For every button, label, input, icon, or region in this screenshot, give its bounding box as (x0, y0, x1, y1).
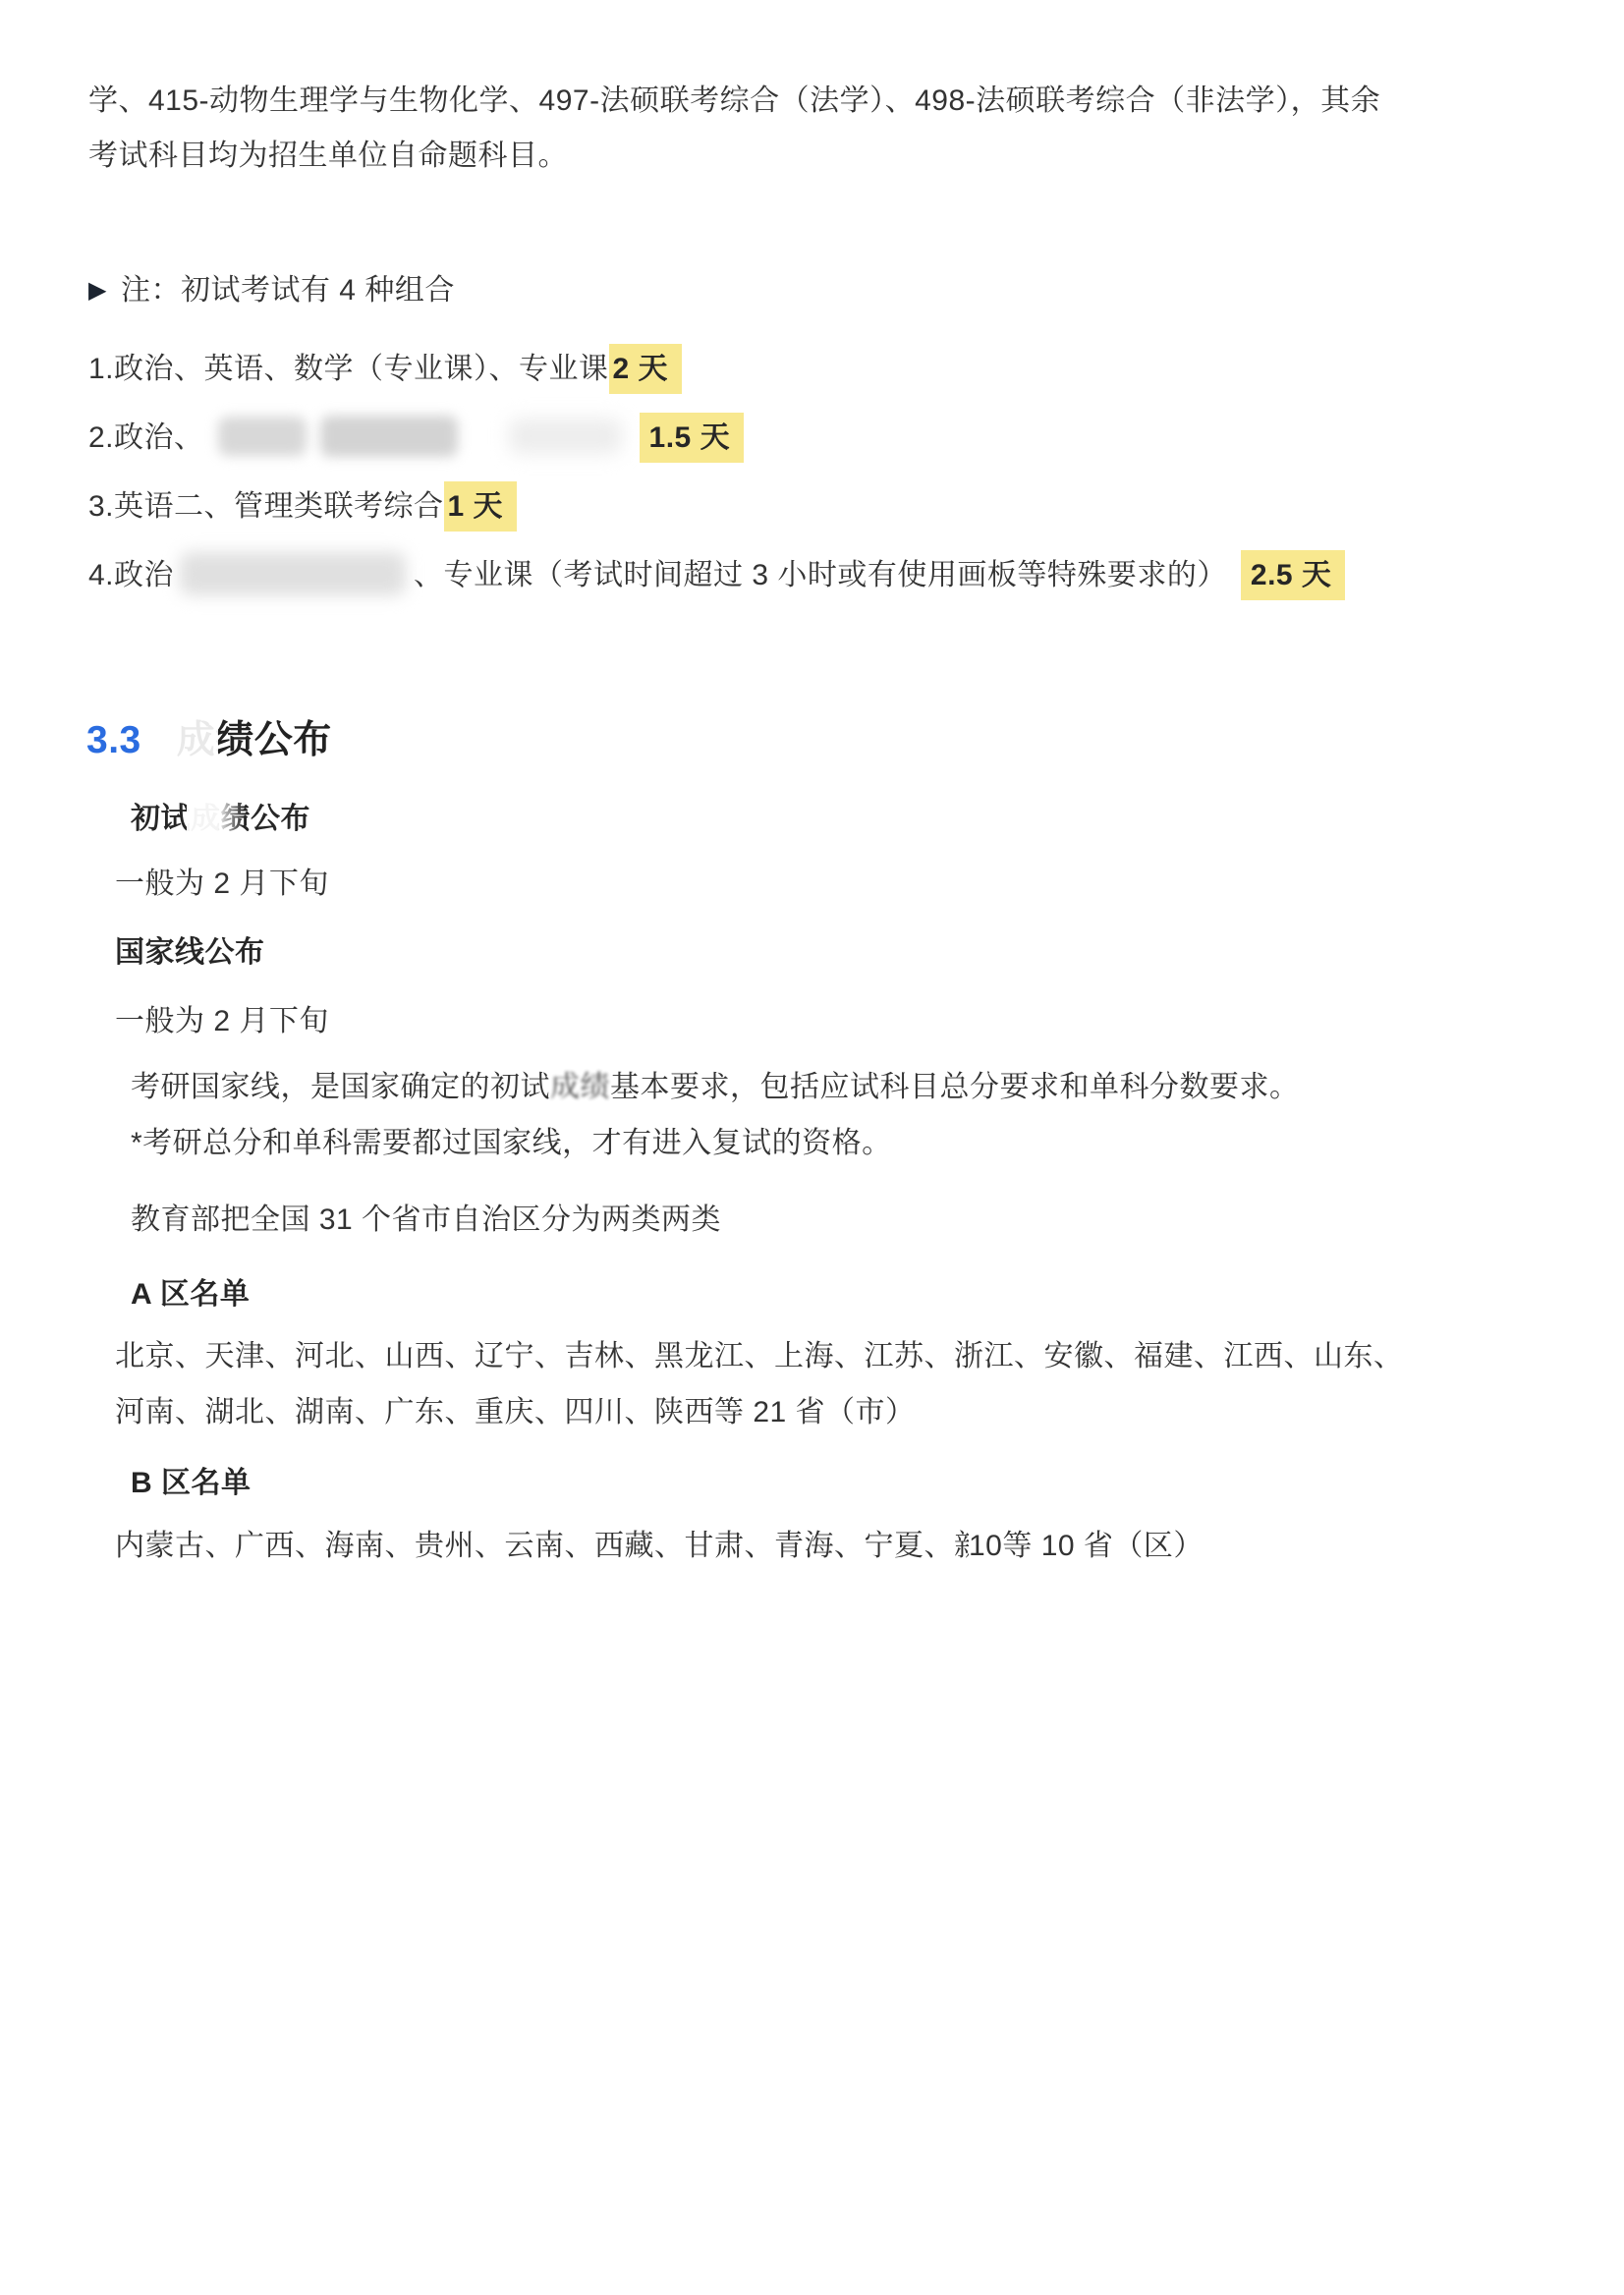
combo-1-text: 1.政治、英语、数学（专业课）、专业课 (88, 353, 609, 385)
intro-line-1: 学、415-动物生理学与生物化学、497-法硕联考综合（法学）、498-法硕联考… (88, 74, 1545, 129)
redacted-text-blur (180, 552, 406, 595)
redacted-text-blur (320, 416, 458, 457)
zones-intro: 教育部把全国 31 个省市自治区分为两类两类 (131, 1193, 721, 1248)
zone-b-title: B 区名单 (131, 1456, 252, 1511)
subsection-initial-score: 初试成绩公布 (131, 792, 310, 847)
section-heading: 3.3成绩公布 (86, 717, 332, 764)
subsection-national-line-title: 国家线公布 (115, 925, 265, 980)
redacted-text-blur (509, 419, 622, 454)
smudged-text: 成绩 (550, 1059, 610, 1115)
intro-paragraph: 学、415-动物生理学与生物化学、497-法硕联考综合（法学）、498-法硕联考… (88, 74, 1545, 184)
note-line: ▶注：初试考试有 4 种组合 (88, 263, 455, 320)
combo-4-text-mid: 、专业课（考试时间超过 3 小时或有使用画板等特殊要求的） (414, 559, 1227, 591)
combo-2-duration-highlight: 1.5 天 (640, 413, 745, 463)
subsection-title: 初试成绩公布 (131, 792, 310, 847)
triangle-bullet-icon: ▶ (88, 263, 107, 318)
zone-a-list: 北京、天津、河北、山西、辽宁、吉林、黑龙江、上海、江苏、浙江、安徽、福建、江西、… (115, 1328, 1545, 1440)
zone-a-line-1: 北京、天津、河北、山西、辽宁、吉林、黑龙江、上海、江苏、浙江、安徽、福建、江西、… (115, 1328, 1545, 1384)
erased-character-patch (187, 786, 244, 841)
combo-4-text: 4.政治 (88, 559, 174, 591)
intro-line-2: 考试科目均为招生单位自命题科目。 (88, 129, 1545, 184)
section-title: 成绩公布 (177, 717, 332, 764)
combo-4-duration-highlight: 2.5 天 (1241, 550, 1346, 600)
redacted-text-blur (218, 417, 307, 456)
zone-a-line-2: 河南、湖北、湖南、广东、重庆、四川、陕西等 21 省（市） (115, 1384, 1545, 1440)
combo-3-text: 3.英语二、管理类联考综合 (88, 490, 444, 523)
zone-b-list: 内蒙古、广西、海南、贵州、云南、西藏、甘肃、青海、宁夏、新10等 10 省（区） (115, 1519, 1545, 1574)
paragraph-line-2: *考研总分和单科需要都过国家线，才有进入复试的资格。 (131, 1115, 1300, 1171)
combo-2-text: 2.政治、 (88, 421, 204, 454)
national-line-paragraph: 考研国家线，是国家确定的初试成绩基本要求，包括应试科目总分要求和单科分数要求。 … (131, 1059, 1300, 1171)
combo-item-2: 2.政治、1.5 天 (88, 411, 744, 466)
paragraph-line-1: 考研国家线，是国家确定的初试成绩基本要求，包括应试科目总分要求和单科分数要求。 (131, 1059, 1300, 1115)
subsection-body: 一般为 2 月下旬 (115, 994, 329, 1049)
combo-3-duration-highlight: 1 天 (444, 481, 518, 532)
combo-item-3: 3.英语二、管理类联考综合1 天 (88, 479, 517, 534)
document-page: 学、415-动物生理学与生物化学、497-法硕联考综合（法学）、498-法硕联考… (0, 0, 1624, 2295)
section-number: 3.3 (86, 719, 141, 761)
combo-1-duration-highlight: 2 天 (609, 344, 683, 394)
combo-item-4: 4.政治、专业课（考试时间超过 3 小时或有使用画板等特殊要求的）2.5 天 (88, 548, 1345, 603)
note-text: 注：初试考试有 4 种组合 (121, 274, 455, 307)
subsection-body: 一般为 2 月下旬 (115, 857, 329, 912)
combo-item-1: 1.政治、英语、数学（专业课）、专业课2 天 (88, 342, 682, 397)
zone-a-title: A 区名单 (131, 1267, 250, 1322)
erased-character-patch (173, 711, 218, 768)
partially-erased-character: 新 (954, 1519, 969, 1574)
